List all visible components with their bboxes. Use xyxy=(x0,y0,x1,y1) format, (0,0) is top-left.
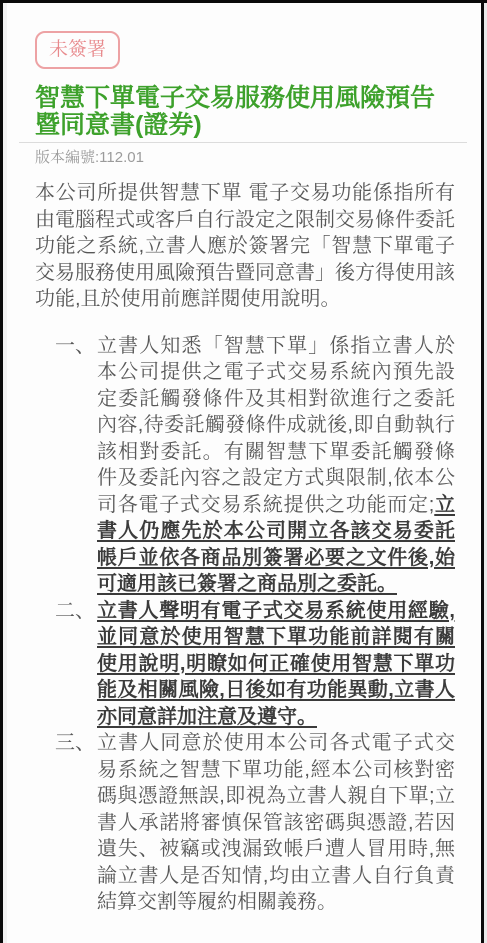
version-label: 版本編號:112.01 xyxy=(35,148,455,168)
list-item-2: 二、立書人聲明有電子式交易系統使用經驗,並同意於使用智慧下單功能前詳閱有關使用說… xyxy=(35,598,455,731)
list-item-3: 三、立書人同意於使用本公司各式電子式交易系統之智慧下單功能,經本公司核對密碼與憑… xyxy=(35,730,455,916)
list-item-1: 一、立書人知悉「智慧下單」係指立書人於本公司提供之電子式交易系統內預先設定委託觸… xyxy=(35,333,455,598)
frame-left-edge xyxy=(0,0,3,943)
list-item-marker: 一、 xyxy=(55,333,97,360)
frame-left-gutter xyxy=(3,3,7,943)
title-divider xyxy=(19,142,467,143)
emphasis-text: 立書人聲明有電子式交易系統使用經驗,並同意於使用智慧下單功能前詳閱有關使用說明,… xyxy=(97,600,455,728)
status-badge-unsigned: 未簽署 xyxy=(35,31,120,69)
intro-paragraph: 本公司所提供智慧下單 電子交易功能係指所有由電腦程式或客戶自行設定之限制交易條件… xyxy=(35,180,455,313)
list-item-text: 立書人知悉「智慧下單」係指立書人於本公司提供之電子式交易系統內預先設定委託觸發條… xyxy=(97,335,455,516)
document-scroll-area[interactable]: 未簽署 智慧下單電子交易服務使用風險預告暨同意書(證券) 版本編號:112.01… xyxy=(35,31,455,916)
page-title: 智慧下單電子交易服務使用風險預告暨同意書(證券) xyxy=(35,85,455,139)
frame-top-edge xyxy=(0,0,487,3)
list-item-marker: 三、 xyxy=(55,730,97,757)
terms-list: 一、立書人知悉「智慧下單」係指立書人於本公司提供之電子式交易系統內預先設定委託觸… xyxy=(35,333,455,916)
list-item-marker: 二、 xyxy=(55,598,97,625)
list-item-text: 立書人同意於使用本公司各式電子式交易系統之智慧下單功能,經本公司核對密碼與憑證無… xyxy=(97,732,455,913)
document-page: 未簽署 智慧下單電子交易服務使用風險預告暨同意書(證券) 版本編號:112.01… xyxy=(0,0,487,943)
frame-right-edge xyxy=(481,0,484,943)
